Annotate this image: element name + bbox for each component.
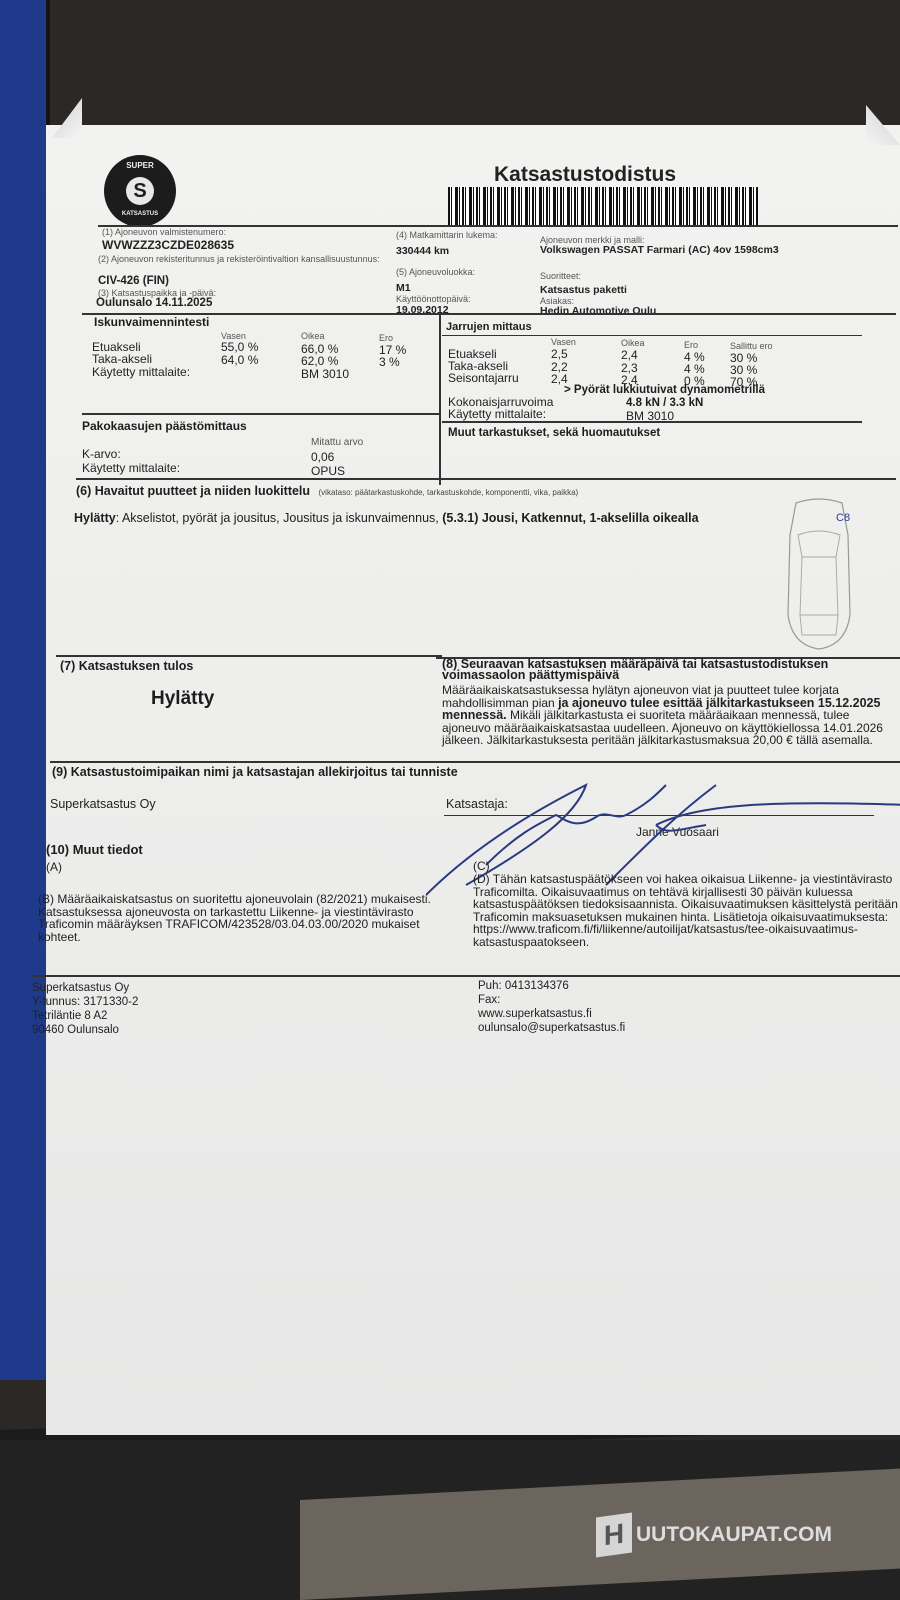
fax: Fax: — [478, 993, 625, 1007]
make-model: Volkswagen PASSAT Farmari (AC) 4ov 1598c… — [540, 245, 800, 255]
email-link: oulunsalo@superkatsastus.fi — [478, 1021, 625, 1035]
customer: Hedin Automotive Oulu — [540, 305, 656, 317]
odometer-label: (4) Matkamittarin lukema: — [396, 230, 498, 240]
vin-label: (1) Ajoneuvon valmistenumero: — [102, 227, 226, 237]
website-link: www.superkatsastus.fi — [478, 1007, 625, 1021]
huutokaupat-watermark: H UUTOKAUPAT.COM — [596, 1515, 832, 1555]
shock-device: BM 3010 — [301, 367, 349, 381]
inspection-certificate: SUPER S KATSASTUS Katsastustodistus (1) … — [46, 125, 900, 1435]
service: Katsastus paketti — [540, 284, 627, 296]
other-info-title: (10) Muut tiedot — [46, 842, 143, 857]
inspector-name: Janne Vuosaari — [636, 825, 719, 839]
super-katsastus-logo: SUPER S KATSASTUS — [104, 155, 176, 227]
total-brake-force: 4.8 kN / 3.3 kN — [626, 397, 703, 409]
brake-test-title: Jarrujen mittaus — [446, 321, 532, 333]
binder-edge — [0, 0, 46, 1380]
defects-header: (6) Havaitut puutteet ja niiden luokitte… — [76, 482, 578, 500]
phone: Puh: 0413134376 — [478, 979, 625, 993]
shock-test-title: Iskunvaimennintesti — [94, 315, 209, 329]
barcode — [448, 187, 758, 225]
station-name: Superkatsastus Oy — [50, 797, 156, 811]
vin: WVWZZZ3CZDE028635 — [102, 238, 234, 252]
shock-row-label: Taka-akseli — [92, 352, 152, 366]
other-info-b: (B) Määräaikaiskatsastus on suoritettu a… — [38, 893, 443, 943]
service-label: Suoritteet: — [540, 271, 581, 281]
footer-address: Superkatsastus Oy Y-tunnus: 3171330-2 Te… — [32, 981, 138, 1037]
result-value: Hylätty — [151, 688, 214, 710]
first-use-label: Käyttöönottopäivä: — [396, 294, 471, 304]
emissions-device: OPUS — [311, 464, 345, 478]
lightning-icon: S — [126, 177, 154, 205]
reg-label: (2) Ajoneuvon rekisteritunnus ja rekiste… — [98, 255, 388, 264]
signature-title: (9) Katsastustoimipaikan nimi ja katsast… — [52, 765, 458, 779]
svg-text:C8: C8 — [836, 512, 850, 524]
vehicle-class: M1 — [396, 282, 411, 294]
k-value: 0,06 — [311, 450, 334, 464]
next-inspection-title: (8) Seuraavan katsastuksen määräpäivä ta… — [442, 659, 900, 681]
car-diagram-icon: C8 — [774, 495, 864, 655]
other-info-d: (D) Tähän katsastuspäätökseen voi hakea … — [473, 873, 900, 948]
other-checks-title: Muut tarkastukset, sekä huomautukset — [448, 427, 660, 439]
next-inspection-text: Määräaikaiskatsastuksessa hylätyn ajoneu… — [442, 684, 892, 747]
class-label: (5) Ajoneuvoluokka: — [396, 267, 475, 277]
registration: CIV-426 (FIN) — [98, 275, 169, 287]
result-title: (7) Katsastuksen tulos — [60, 659, 193, 673]
paper-curl — [52, 98, 82, 138]
odometer: 330444 km — [396, 245, 449, 257]
place-date: Oulunsalo 14.11.2025 — [96, 297, 212, 309]
emissions-title: Pakokaasujen päästömittaus — [82, 419, 247, 433]
document-title: Katsastustodistus — [494, 163, 676, 187]
brake-note: > Pyörät lukkiutuivat dynamometrillä — [564, 384, 765, 396]
defect-description: Hylätty: Akselistot, pyörät ja jousitus,… — [74, 513, 764, 524]
huutokaupat-logo-icon: H — [596, 1512, 632, 1557]
footer-contact: Puh: 0413134376 Fax: www.superkatsastus.… — [478, 979, 625, 1035]
